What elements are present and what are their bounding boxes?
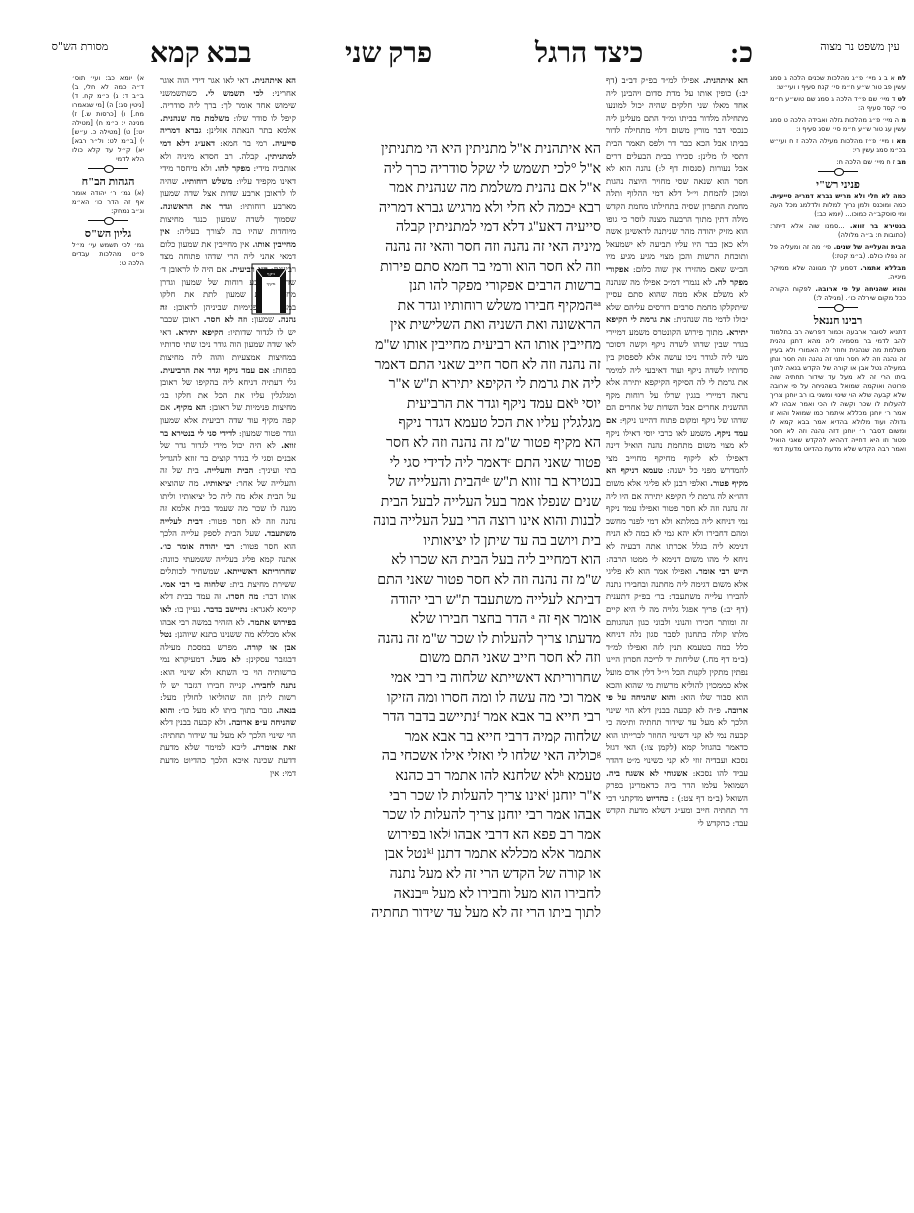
- mesoret-hashas-title: מסורת הש"ס: [50, 40, 110, 53]
- penini-rashi-list: כמה לא חלי ולא מריש גברא דמריה סייעית. כ…: [770, 192, 906, 303]
- gemara-line: הוא דמחייב ליה בעל הבית הא שכרו לא: [303, 551, 601, 571]
- gemara-line: ברשות הרבים אפקורי מפקר להו תנן: [303, 277, 601, 297]
- gemara-line: זה נהנה וזה לא חסר חייב שאני התם דאמר: [303, 356, 601, 376]
- penini-head: והוא שהניחה על פי ארובה.: [815, 285, 906, 293]
- dibbur-hamatchil: זאת אומרת.: [252, 742, 296, 752]
- ein-mishpat-title: עין משפט נר מצוה: [820, 40, 900, 53]
- rashi-text: שסמוך לשדה שמעון כנגד מחיצות מיוחדות שהי…: [160, 214, 296, 237]
- gemara-line: הא איתהנית א"ל מתניתין היא הי מתניתין: [303, 140, 601, 160]
- rashi-block: נתיישב בדבר. נעיין בו:: [171, 604, 247, 614]
- gemara-line: שחרוריתא דאשייתא שלחוה בי רבי אמי: [303, 669, 601, 689]
- gemara-line: ᵍכוליה האי שלחו לי ואזלי אילו אשכחי בה: [303, 747, 601, 767]
- ornament-divider: [818, 171, 858, 177]
- gemara-line: שלחוה קמיה דרבי חייא בר אבא אמר: [303, 728, 601, 748]
- gemara-line: מחייבין אותו הא רביעית מחייבין אותו ש"מ: [303, 336, 601, 356]
- tosafot-text: ואלפי רבנן לא פליגי אלא משום דהו״א לה גר…: [606, 478, 748, 564]
- dibbur-hamatchil: כהדיוט: [646, 793, 668, 803]
- rashi-column: הא איתהנית. דאי לאו אגר דידי הוה אוגר אח…: [160, 74, 296, 964]
- dibbur-hamatchil: מה חסרו.: [225, 591, 258, 601]
- penini-head: מבללא אתמר.: [860, 264, 906, 272]
- gemara-line: אומר אף זה ᵃ הדר בחצר חבירו שלא: [303, 610, 601, 630]
- folio-number: כ:: [730, 38, 753, 70]
- rashi-text: שמעון:: [251, 314, 274, 324]
- rashi-text: אותו דבר:: [263, 591, 296, 601]
- dibbur-hamatchil: שלחוה בי רבי אמי.: [160, 579, 226, 589]
- ein-mishpat-text: ד מיי׳ שם פ״ד הלכה ג סמג שם טוש״ע ח״מ סי…: [770, 95, 906, 112]
- dibbur-hamatchil: רבי יהודה אומר כו׳.: [160, 541, 234, 551]
- gemara-line: א"ר יוחנן ⁱאינו צריך להעלות לו שכר רבי: [303, 787, 601, 807]
- tosafot-block: הא איתהנית. אפילו למ״ד בפ״ק דב״ב (דף יב:…: [606, 75, 748, 161]
- tosafot-block: והוא שהניחה על פי ארובה. פ״ה לא קבעה בבנ…: [606, 692, 748, 778]
- diagram-label-top: ניקף: [267, 271, 275, 276]
- chapter-number: פרק שני: [345, 38, 432, 70]
- gemara-line: שנים שנפלו אמר בעל העלייה לבעל הבית: [303, 493, 601, 513]
- dibbur-hamatchil: אם עמד ניקף וגדר את הרביעית.: [160, 365, 269, 375]
- rabbeinu-chananel-title: רבינו חננאל: [770, 317, 906, 326]
- gilyon-title: גליון הש"ס: [72, 230, 144, 239]
- dibbur-hamatchil: וזה לא חסר.: [204, 314, 248, 324]
- gemara-line: יוסי ᵇאם עמד ניקף וגדר את הרביעית: [303, 395, 601, 415]
- tosafot-block: סכירו בבית הבעלים דרים אבל נעורות (סנסות…: [606, 151, 748, 274]
- gilyon-text: גמ׳ לכי תשמש עי׳ מ״ל פ״ט מהלכות עבדים הל…: [72, 241, 144, 268]
- gemara-line: ש"מ זה נהנה וזה לא חסר פטור שאני התם: [303, 571, 601, 591]
- tractate-title: בבא קמא: [150, 38, 252, 70]
- gemara-line: א"ל °לכי תשמש לי שקל סודריה כרך ליה: [303, 160, 601, 180]
- penini-rashi-entry: הבית והעלייה של שנים. פי׳ מה זה ומעליה פ…: [770, 243, 906, 261]
- dibbur-hamatchil: נתיישב בדבר.: [203, 604, 247, 614]
- tosafot-column: הא איתהנית. אפילו למ״ד בפ״ק דב״ב (דף יב:…: [606, 74, 748, 964]
- ein-mishpat-text: ז ח מיי׳ שם הלכה ח:: [836, 158, 895, 166]
- gemara-line: אבהו אמר רבי יוחנן צריך להעלות לו שכר: [303, 806, 601, 826]
- penini-text: כמה ומוכנס ולמן נריך למלות ולדלמג מכל הע…: [770, 201, 906, 218]
- penini-rashi-title: פניני רש"י: [770, 181, 906, 190]
- rashi-text: גזבר בתוך ביתו לא מעל כו׳:: [178, 705, 272, 715]
- tosafot-text: אפילו למ״ד בפ״ק דב״ב (דף יב:) כופין אותו…: [606, 75, 748, 161]
- gemara-line: אמר רב פפא הא דרבי אבהו ʲלאו בפירוש: [303, 826, 601, 846]
- chapter-name: כיצד הרגל: [535, 38, 643, 70]
- gemara-line: טעמא ʰלא שלחנא להו אתמר רב כהנא: [303, 767, 601, 787]
- dibbur-hamatchil: הא איתהנית.: [252, 75, 296, 85]
- gemara-line: וזה לא חסר חייב שאני התם משום: [303, 649, 601, 669]
- ein-mishpat-entry: מא ו מיי׳ פ״ז מהלכות מעילה הלכה ז ח ועי״…: [770, 137, 906, 155]
- rashi-text: אלמא בתר הנאתה אזלינן:: [206, 125, 296, 135]
- penini-rashi-entry: כמה לא חלי ולא מריש גברא דמריה סייעית. כ…: [770, 192, 906, 219]
- penini-rashi-entry: והוא שהניחה על פי ארובה. לפקוח הקורה ככל…: [770, 285, 906, 303]
- mesoret-hashas-text: א) יומא כב: ועי׳ תוס׳ ד״ה כמה לא חלי, ב)…: [72, 74, 144, 164]
- dibbur-hamatchil: הבית והעלייה.: [204, 465, 253, 475]
- ein-mishpat-entry: לט ד מיי׳ שם פ״ד הלכה ג סמג שם טוש״ע ח״מ…: [770, 95, 906, 113]
- rashi-block: נתנה לחבירו. קנייה חבירו דגזבר יש לו רשו…: [160, 680, 296, 703]
- tosafot-block: את גרמת לי הקיפא יתירא. מתוך פירוש הקונט…: [606, 314, 748, 425]
- ein-mishpat-letter: לח: [897, 74, 906, 82]
- gemara-line: דביתא לעלייה משתעבד ת"ש רבי יהודה: [303, 591, 601, 611]
- gemara-line: אתמר אלא מכללא אתמר דתנן ᵏˡנטל אבן: [303, 845, 601, 865]
- rashi-block: בנאה. גזבר בתוך ביתו לא מעל כו׳:: [174, 705, 295, 715]
- gemara-line: פטור שאני התם ᶜדאמר ליה לדידי סגי לי: [303, 454, 601, 474]
- dibbur-hamatchil: ת״ש רבי אומר.: [696, 566, 748, 576]
- dibbur-hamatchil: וגדר את הראשונה.: [160, 201, 232, 211]
- ornament-divider: [88, 168, 128, 174]
- talmud-page: מסורת הש"ס בבא קמא פרק שני כיצד הרגל כ: …: [0, 0, 914, 1213]
- gemara-line: ליה את גרמת לי הקיפא יתירא ת"ש א"ר: [303, 375, 601, 395]
- gemara-text: הא איתהנית א"ל מתניתין היא הי מתניתיןא"ל…: [303, 140, 601, 920]
- ein-mishpat-letter: מב: [897, 158, 906, 166]
- dibbur-hamatchil: שחרוריתא דאשייתא.: [224, 566, 296, 576]
- penini-head: הבית והעלייה של שנים.: [834, 243, 906, 251]
- dibbur-hamatchil: משלש רוחותיו.: [182, 176, 233, 186]
- dibbur-hamatchil: יציאותיו.: [203, 478, 232, 488]
- rashi-text: רמי בר חמא:: [220, 138, 267, 148]
- dibbur-hamatchil: מפקר להו.: [215, 163, 250, 173]
- gemara-line: אמר וכי מה עשה לו ומה חסרו ומה הזיקו: [303, 689, 601, 709]
- dibbur-hamatchil: אשגוחי לא אשגח ביה.: [606, 768, 688, 778]
- hagahot-text: (א) גמ׳ ר׳ יהודה אומר אף זה הדר כו׳ הא״מ…: [72, 189, 144, 216]
- dibbur-hamatchil: הא איתהנית.: [703, 75, 748, 85]
- gemara-line: לתוך ביתו הרי זה לא מעל עד שידור תחתיה: [303, 904, 601, 920]
- page-header: מסורת הש"ס בבא קמא פרק שני כיצד הרגל כ: …: [0, 38, 914, 72]
- enclosure-diagram-icon: ניקף מקיף: [251, 263, 291, 315]
- diagram-label-inner: מקיף: [266, 281, 275, 286]
- gemara-line: רבי חייא בר אבא אמר ᶠנתיישב בדבר הדר: [303, 708, 601, 728]
- gemara-line: א"ל אם נהנית משלמת מה שנהנית אמר: [303, 179, 601, 199]
- gemara-line: בית ויושב בה עד שיתן לו יציאותיו: [303, 532, 601, 552]
- rabbeinu-chananel-text: דתניא לסובר ארבעה וכמור דפרשה רב בתלמוד …: [770, 328, 906, 454]
- ein-mishpat-list: לח א ב ג מיי׳ פ״ג מהלכות שכנים הלכה ג סמ…: [770, 74, 906, 167]
- ein-mishpat-entry: מב ז ח מיי׳ שם הלכה ח:: [770, 158, 906, 167]
- rashi-text: אתנה קמא פליג בעלייה ששמעתי כוונה:: [160, 554, 296, 564]
- ein-mishpat-entry: לח א ב ג מיי׳ פ״ג מהלכות שכנים הלכה ג סמ…: [770, 74, 906, 92]
- penini-head: בנטירא בר זווא.: [850, 222, 906, 230]
- ein-mishpat-letter: מ: [901, 116, 906, 124]
- ein-mishpat-letter: לט: [898, 95, 906, 103]
- ein-mishpat-entry: מ ה מיי׳ פ״ג מהלכות גזלה ואבידה הלכה ט ס…: [770, 116, 906, 134]
- tosafot-block: בר׳ בפ״ק דתענית (דף יב:) פריך אפגל גלויה…: [606, 591, 748, 702]
- ein-mishpat-text: ה מיי׳ פ״ג מהלכות גזלה ואבידה הלכה ט סמג…: [770, 116, 906, 133]
- gemara-line: סייעיה דאע"ג דלא דמי למתניתין קבלה: [303, 218, 601, 238]
- dibbur-hamatchil: לא מעל.: [210, 654, 241, 664]
- gemara-line: מיניה האי זה נהנה וזה חסר והאי זה נהנה: [303, 238, 601, 258]
- tosafot-text: בר׳ בפ״ק דתענית (דף יב:) פריך אפגל גלויה…: [606, 591, 748, 702]
- mesoret-hashas-column: א) יומא כב: ועי׳ תוס׳ ד״ה כמה לא חלי, ב)…: [72, 74, 144, 294]
- gemara-line: וזה לא חסר הוא ורמי בר חמא סתם פירות: [303, 258, 601, 278]
- gemara-line: מגלגלין עליו את הכל טעמא דגדר ניקף: [303, 414, 601, 434]
- gemara-line: הראשונה ואת השניה ואת השלישית אין: [303, 316, 601, 336]
- gemara-line: לחבירו הוא מעל וחבירו לא מעל ᵐבנאה: [303, 885, 601, 905]
- gemara-line: או קורה של הקדש הרי זה לא מעל נתנה: [303, 865, 601, 885]
- dibbur-hamatchil: לכי תשמש לי.: [205, 88, 263, 98]
- gemara-line: רבא ᵃכמה לא חלי ולא מרגיש גברא דמריה: [303, 199, 601, 219]
- tosafot-text: סכירו בבית הבעלים דרים אבל נעורות (סנסות…: [606, 151, 748, 274]
- rashi-block: אין: [270, 768, 279, 778]
- dibbur-hamatchil: בנאה.: [276, 705, 296, 715]
- rashi-text: אין: [270, 768, 279, 778]
- dibbur-hamatchil: נתנה לחבירו.: [251, 680, 296, 690]
- dibbur-hamatchil: הקיפא יתירא.: [176, 327, 224, 337]
- gemara-line: בנטירא בר זווא ת"ש ᵈᵉהבית והעלייה של: [303, 473, 601, 493]
- gemara-line: הא מקיף פטור ש"מ זה נהנה וזה לא חסר: [303, 434, 601, 454]
- dibbur-hamatchil: משלמת מה שנהנית.: [160, 113, 229, 123]
- tosafot-block: טעמא דניקף הא מקיף פטור. ואלפי רבנן לא פ…: [606, 465, 748, 563]
- ein-mishpat-letter: מא: [896, 137, 906, 145]
- hagahot-title: הגהות הב"ח: [72, 178, 144, 187]
- gemara-line: מדעתו צריך להעלות לו שכר ש"מ זה נהנה: [303, 630, 601, 650]
- tosafot-text: מתוך פירוש הקונטרס משמע דמיירי בגדר שבין…: [606, 327, 748, 425]
- ein-mishpat-column: לח א ב ג מיי׳ פ״ג מהלכות שכנים הלכה ג סמ…: [770, 74, 906, 874]
- ornament-divider: [818, 307, 858, 313]
- ein-mishpat-text: ו מיי׳ פ״ז מהלכות מעילה הלכה ז ח ועי״ש ב…: [770, 137, 906, 154]
- penini-rashi-entry: מבללא אתמר. דסמע לך מגוונה שלא ממיקר מינ…: [770, 264, 906, 282]
- penini-head: כמה לא חלי ולא מריש גברא דמריה סייעית.: [770, 192, 906, 200]
- penini-rashi-entry: בנטירא בר זווא. ...סמנו שוה אלא דיתר: (כ…: [770, 222, 906, 240]
- ein-mishpat-text: א ב ג מיי׳ פ״ג מהלכות שכנים הלכה ג סמג ע…: [770, 74, 906, 91]
- dibbur-hamatchil: הא מקיף.: [173, 402, 205, 412]
- rashi-text: נעיין בו:: [174, 604, 200, 614]
- gemara-line: לבנות והוא אינו רוצה הרי בעל העלייה בונה: [303, 512, 601, 532]
- gemara-line: ᵃᵃהמקיף חבירו משלש רוחותיו וגדר את: [303, 297, 601, 317]
- ornament-divider: [88, 220, 128, 226]
